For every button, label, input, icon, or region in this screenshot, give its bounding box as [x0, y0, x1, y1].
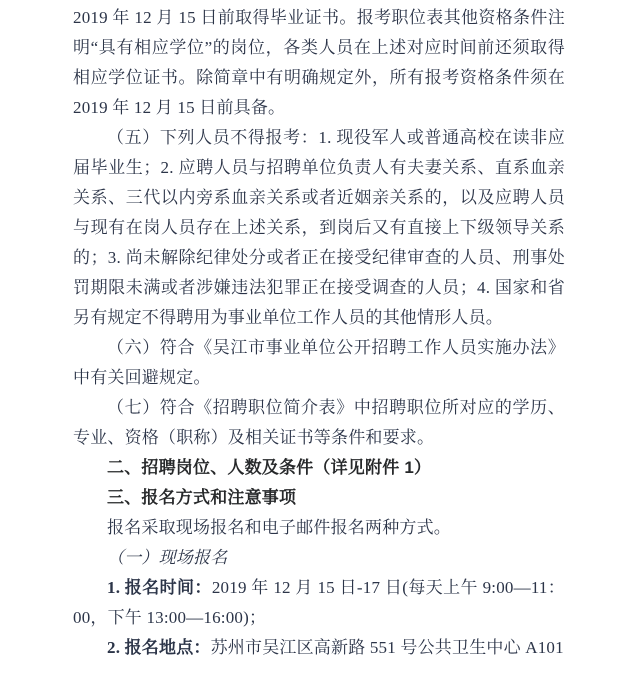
- document-page: 2019 年 12 月 15 日前取得毕业证书。报考职位表其他资格条件注明“具有…: [73, 3, 565, 663]
- registration-time-label: 1. 报名时间：: [107, 578, 212, 597]
- item-registration-location: 2. 报名地点：苏州市吴江区高新路 551 号公共卫生中心 A101: [73, 633, 565, 663]
- paragraph-certificate-deadline: 2019 年 12 月 15 日前取得毕业证书。报考职位表其他资格条件注明“具有…: [73, 3, 565, 123]
- paragraph-registration-methods: 报名采取现场报名和电子邮件报名两种方式。: [73, 513, 565, 543]
- paragraph-rule-six-avoidance: （六）符合《吴江市事业单位公开招聘工作人员实施办法》中有关回避规定。: [73, 333, 565, 393]
- item-registration-time: 1. 报名时间：2019 年 12 月 15 日-17 日(每天上午 9:00—…: [73, 573, 565, 633]
- heading-section-three-registration: 三、报名方式和注意事项: [73, 483, 565, 513]
- paragraph-rule-seven-requirements: （七）符合《招聘职位简介表》中招聘职位所对应的学历、专业、资格（职称）及相关证书…: [73, 393, 565, 453]
- subheading-onsite-registration: （一）现场报名: [73, 543, 565, 573]
- paragraph-ineligible-applicants: （五）下列人员不得报考：1. 现役军人或普通高校在读非应届毕业生；2. 应聘人员…: [73, 123, 565, 333]
- registration-location-label: 2. 报名地点：: [107, 638, 211, 657]
- heading-section-two-positions: 二、招聘岗位、人数及条件（详见附件 1）: [73, 453, 565, 483]
- registration-location-value: 苏州市吴江区高新路 551 号公共卫生中心 A101: [211, 638, 564, 657]
